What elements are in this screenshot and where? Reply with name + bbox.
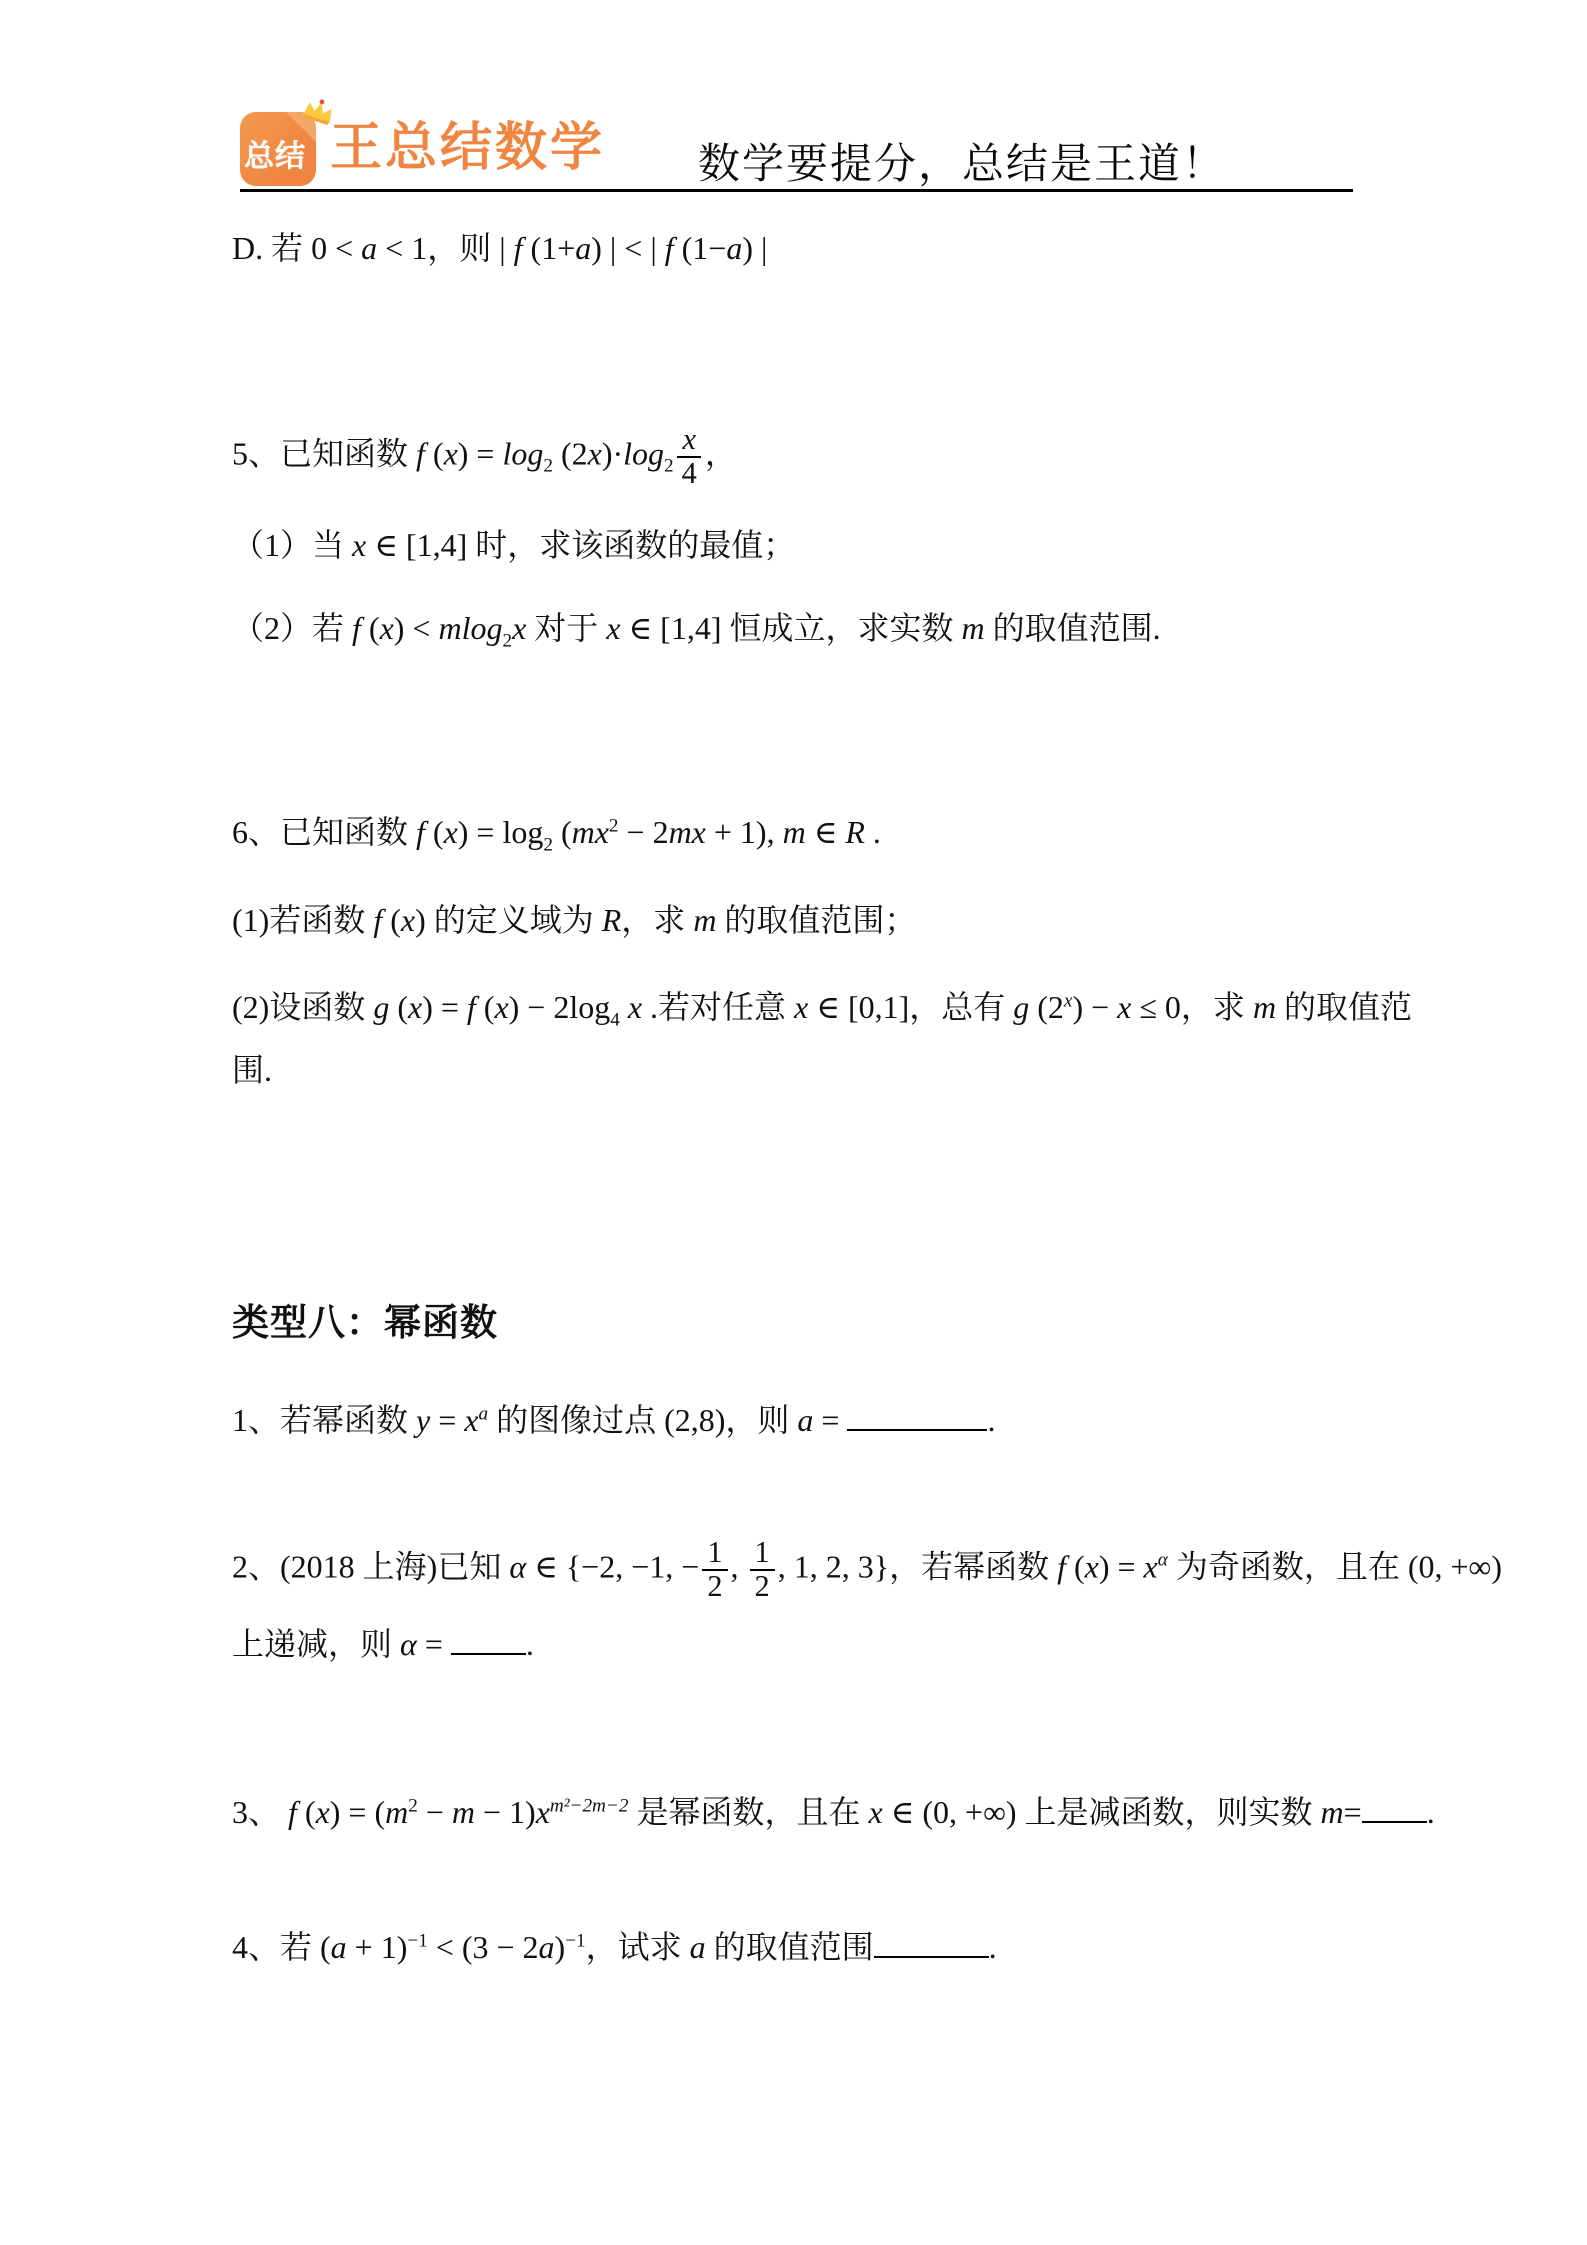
brand-slogan: 数学要提分，总结是王道！ <box>698 144 1226 186</box>
option-d: D. 若 0 < a < 1，则 | f (1+a) | < | f (1−a)… <box>232 224 767 274</box>
brand-wordmark: 王总结数学 <box>330 122 605 174</box>
worksheet-page: 总结 王总结数学 数学要提分，总结是王道！ D. 若 0 < a < 1，则 |… <box>0 0 1587 2245</box>
problem-6-part-2: (2)设函数 g (x) = f (x) − 2log4 x .若对任意 x ∈… <box>232 983 1412 1033</box>
problem-4: 4、若 (a + 1)−1 < (3 − 2a)−1，试求 a 的取值范围. <box>232 1923 997 1973</box>
section-heading: 类型八：幂函数 <box>232 1294 498 1351</box>
problem-6-part-2-cont: 围. <box>232 1046 272 1096</box>
problem-3: 3、 f (x) = (m2 − m − 1)xm²−2m−2 是幂函数，且在 … <box>232 1788 1435 1838</box>
problem-5-part-2: （2）若 f (x) < mlog2x 对于 x ∈ [1,4] 恒成立，求实数… <box>232 604 1161 654</box>
problem-6-part-1: (1)若函数 f (x) 的定义域为 R，求 m 的取值范围； <box>232 896 916 946</box>
logo-badge-text: 总结 <box>244 131 306 175</box>
header-rule-line <box>240 189 1353 192</box>
problem-5: 5、已知函数 f (x) = log2 (2x)·log2x4， <box>232 424 737 490</box>
problem-6: 6、已知函数 f (x) = log2 (mx2 − 2mx + 1), m ∈… <box>232 808 881 858</box>
logo-badge: 总结 <box>240 112 316 186</box>
problem-2-cont: 上递减，则 α = . <box>232 1620 534 1670</box>
problem-2: 2、(2018 上海)已知 α ∈ {−2, −1, −12, 12, 1, 2… <box>232 1537 1502 1603</box>
problem-1: 1、若幂函数 y = xa 的图像过点 (2,8)，则 a = . <box>232 1396 995 1446</box>
problem-5-part-1: （1）当 x ∈ [1,4] 时，求该函数的最值； <box>232 521 795 571</box>
